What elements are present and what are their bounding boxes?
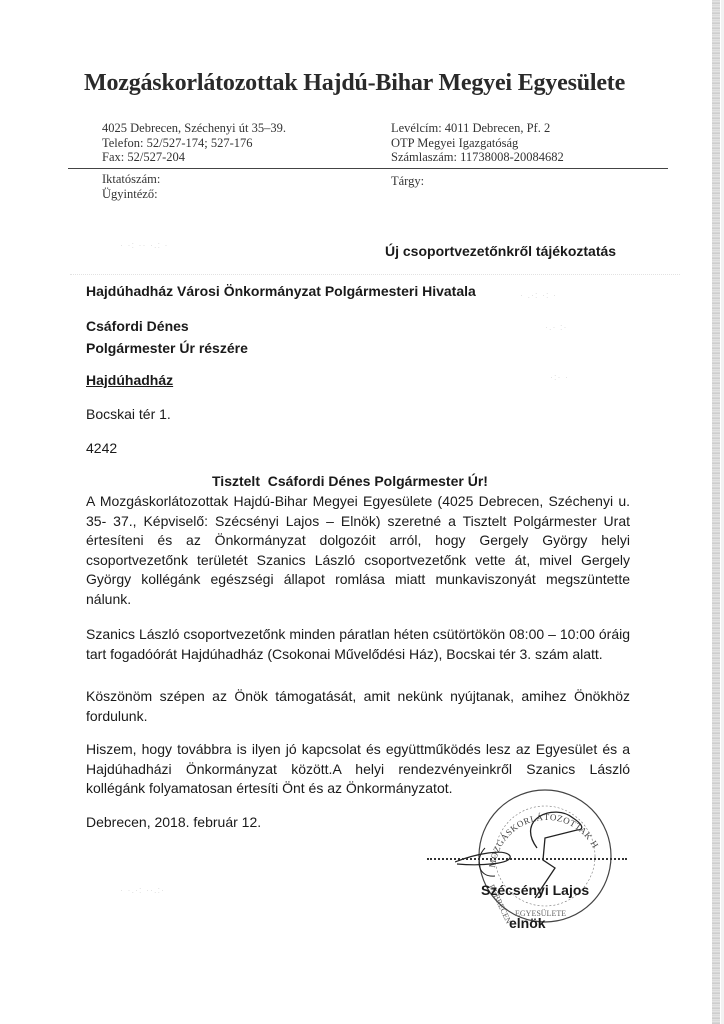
body-paragraph: Szanics László csoportvezetőnk minden pá… bbox=[86, 625, 630, 664]
letterhead-contact-right: Levélcím: 4011 Debrecen, Pf. 2 OTP Megye… bbox=[391, 121, 564, 165]
signature-line bbox=[427, 858, 627, 860]
letterhead-phone: Telefon: 52/527-174; 527-176 bbox=[102, 136, 286, 151]
letterhead-contact-left: 4025 Debrecen, Széchenyi út 35–39. Telef… bbox=[102, 121, 286, 165]
salutation: Tisztelt Csáfordi Dénes Polgármester Úr! bbox=[212, 473, 488, 489]
recipient-city: Hajdúhadház bbox=[86, 372, 173, 388]
recipient-postal-code: 4242 bbox=[86, 440, 117, 456]
date-line: Debrecen, 2018. február 12. bbox=[86, 814, 261, 830]
recipient-street: Bocskai tér 1. bbox=[86, 406, 171, 422]
subject-label: Tárgy: bbox=[391, 174, 424, 189]
letterhead-bank: OTP Megyei Igazgatóság bbox=[391, 136, 564, 151]
body-paragraph: A Mozgáskorlátozottak Hajdú-Bihar Megyei… bbox=[86, 492, 630, 610]
official-stamp-icon: MOZGÁSKORLÁTOZOTTAK HAJDÚ-BIHAR MEGYEI D… bbox=[455, 778, 625, 928]
signer-name: Szécsényi Lajos bbox=[481, 882, 589, 898]
scan-noise: · .·: ·: · bbox=[520, 290, 557, 300]
scan-noise: · ·: ·· ·.: · bbox=[120, 240, 169, 250]
case-officer-label: Ügyintéző: bbox=[102, 187, 160, 202]
body-paragraph: Köszönöm szépen az Önök támogatását, ami… bbox=[86, 687, 630, 726]
letterhead-account: Számlaszám: 11738008-20084682 bbox=[391, 150, 564, 165]
signer-title: elnök bbox=[509, 915, 546, 931]
scan-edge-artifact bbox=[712, 0, 720, 1024]
scan-noise: ·.· :· bbox=[545, 322, 568, 332]
letterhead-meta-left: Iktatószám: Ügyintéző: bbox=[102, 172, 160, 201]
reference-number-label: Iktatószám: bbox=[102, 172, 160, 187]
letterhead-address: 4025 Debrecen, Széchenyi út 35–39. bbox=[102, 121, 286, 136]
recipient-name: Csáfordi Dénes bbox=[86, 318, 189, 334]
letter-subject: Új csoportvezetőnkről tájékoztatás bbox=[385, 243, 616, 259]
letterhead-postal: Levélcím: 4011 Debrecen, Pf. 2 bbox=[391, 121, 564, 136]
letterhead-organization: Mozgáskorlátozottak Hajdú-Bihar Megyei E… bbox=[84, 70, 684, 97]
recipient-office: Hajdúhadház Városi Önkormányzat Polgárme… bbox=[86, 283, 476, 299]
letterhead-divider bbox=[68, 168, 668, 169]
scan-noise: ·:· · bbox=[550, 372, 569, 382]
faint-scan-line bbox=[70, 274, 680, 275]
letterhead-meta-right: Tárgy: bbox=[391, 174, 424, 189]
recipient-attention: Polgármester Úr részére bbox=[86, 340, 248, 356]
letterhead-fax: Fax: 52/527-204 bbox=[102, 150, 286, 165]
scan-noise: · ·.·: ··.:· bbox=[120, 885, 165, 895]
